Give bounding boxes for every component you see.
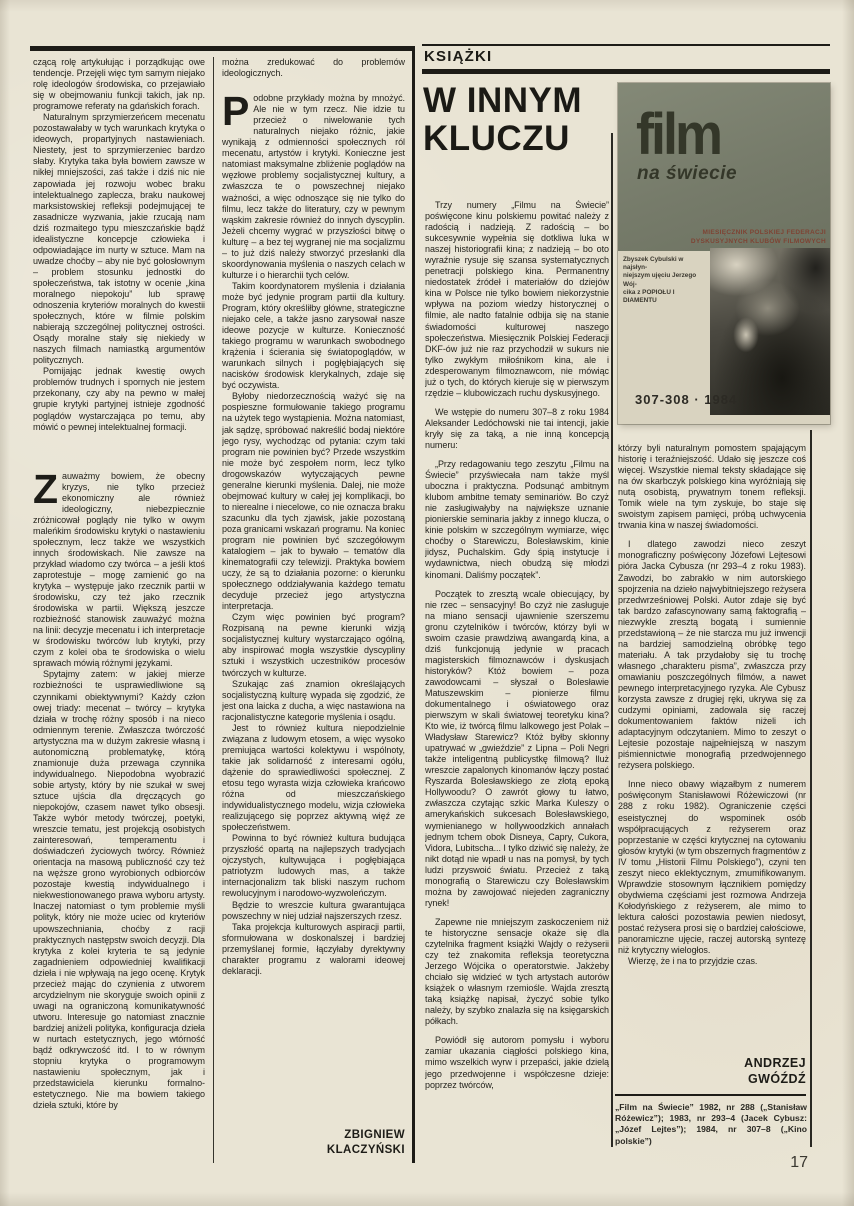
cover-photo-cybulski <box>710 248 830 415</box>
paragraph: Zapewne nie mniejszym zaskoczeniem niż t… <box>425 917 609 1027</box>
main-vertical-divider <box>412 46 415 1163</box>
article-title: W INNYM KLUCZU <box>423 82 582 158</box>
paragraph: Trzy numery „Filmu na Świecie” poświęcon… <box>425 200 609 399</box>
column-divider-1-2 <box>213 57 214 1163</box>
paragraph: Naturalnym sprzymierzeńcem mecenatu pozo… <box>33 112 205 366</box>
section-rule-bottom <box>422 69 830 74</box>
paragraph: Powinna to być również kultura budująca … <box>222 833 405 899</box>
paragraph: Pomijając jednak kwestię owych problemów… <box>33 366 205 432</box>
section-rule-top <box>422 44 830 46</box>
cover-publisher-lines: MIESIĘCZNIK POLSKIEJ FEDERACJI DYSKUSYJN… <box>656 229 826 246</box>
paragraph: Będzie to wreszcie kultura gwarantująca … <box>222 900 405 922</box>
byline-left: ZBIGNIEW KLACZYŃSKI <box>222 1128 405 1157</box>
paragraph: czącą rolę artykułując i porządkując owe… <box>33 57 205 112</box>
text-column-3: Trzy numery „Filmu na Świecie” poświęcon… <box>425 200 609 1093</box>
paragraph: Takim koordynatorem myślenia i działania… <box>222 281 405 391</box>
cover-masthead-logo: film <box>636 101 720 168</box>
article-title-line1: W INNYM <box>423 82 582 120</box>
cover-masthead-sub: na świecie <box>637 163 737 185</box>
paragraph: Zbyszek Cybulski w najsłyn- <box>623 256 707 272</box>
magazine-page: KSIĄŻKI W INNYM KLUCZU czącą rolę artyku… <box>0 0 854 1206</box>
paragraph: można zredukować do problemów ideologicz… <box>222 57 405 79</box>
byline-left-line1: ZBIGNIEW <box>222 1128 405 1143</box>
cover-issue-number: 307-308 · 1984 <box>635 392 737 407</box>
cover-photo-caption: Zbyszek Cybulski w najsłyn-niejszym ujęc… <box>623 256 707 305</box>
text-column-2: można zredukować do problemów ideologicz… <box>222 57 405 1127</box>
paragraph: którzy byli naturalnym pomostem spajając… <box>618 443 806 531</box>
paragraph: Powiódł się autorom pomysłu i wyboru zam… <box>425 1035 609 1090</box>
magazine-cover-image: film na świecie MIESIĘCZNIK POLSKIEJ FED… <box>618 83 830 424</box>
text-column-4: którzy byli naturalnym pomostem spajając… <box>618 443 806 1053</box>
footnote-rule <box>615 1094 806 1096</box>
byline-right-line1: ANDRZEJ <box>618 1056 806 1072</box>
left-block-top-rule <box>30 46 412 51</box>
paragraph: Taka projekcja kulturowych aspiracji par… <box>222 922 405 977</box>
drop-cap: P <box>222 95 249 128</box>
paragraph: Inne nieco obawy wiązałbym z numerem poś… <box>618 779 806 956</box>
byline-left-line2: KLACZYŃSKI <box>222 1143 405 1158</box>
text-column-1: czącą rolę artykułując i porządkując owe… <box>33 57 205 1157</box>
paragraph: Czym więc powinien być program? Rozpisan… <box>222 612 405 678</box>
paragraph: Byłoby niedorzecznością ważyć się na pos… <box>222 391 405 612</box>
paragraph: Początek to zresztą wcale obiecujący, by… <box>425 589 609 909</box>
column-divider-3-4 <box>611 133 613 1147</box>
cover-publisher-line1: MIESIĘCZNIK POLSKIEJ FEDERACJI <box>656 229 826 238</box>
paragraph: cika z POPIOŁU I DIAMENTU <box>623 289 707 305</box>
paragraph: Podobne przykłady można by mnożyć. Ale n… <box>222 93 405 281</box>
paragraph: Jest to również kultura niepodzielnie zw… <box>222 723 405 833</box>
paragraph: „Przy redagowaniu tego zeszytu „Filmu na… <box>425 459 609 581</box>
paragraph: Wierzę, że i na to przyjdzie czas. <box>618 956 806 967</box>
article-title-line2: KLUCZU <box>423 120 582 158</box>
right-margin-rule <box>810 430 812 1147</box>
byline-right-line2: GWÓŹDŹ <box>618 1072 806 1088</box>
footnote: „Film na Świecie” 1982, nr 288 („Stanisł… <box>615 1102 807 1147</box>
byline-right: ANDRZEJ GWÓŹDŹ <box>618 1056 806 1087</box>
drop-cap: Z <box>33 473 58 506</box>
section-label: KSIĄŻKI <box>424 48 492 65</box>
page-number: 17 <box>760 1154 808 1172</box>
paragraph: niejszym ujęciu Jerzego Wój- <box>623 272 707 288</box>
paragraph: Spytajmy zatem: w jakiej mierze rozbieżn… <box>33 669 205 1111</box>
paragraph: I dlatego zawodzi nieco zeszyt monografi… <box>618 539 806 771</box>
cover-masthead-band: film na świecie MIESIĘCZNIK POLSKIEJ FED… <box>618 83 830 251</box>
paragraph: We wstępie do numeru 307–8 z roku 1984 A… <box>425 407 609 451</box>
paragraph: Szukając zaś znamion określających socja… <box>222 679 405 723</box>
cover-publisher-line2: DYSKUSYJNYCH KLUBÓW FILMOWYCH <box>656 238 826 247</box>
paragraph: Zauważmy bowiem, że obecny kryzys, nie t… <box>33 471 205 670</box>
